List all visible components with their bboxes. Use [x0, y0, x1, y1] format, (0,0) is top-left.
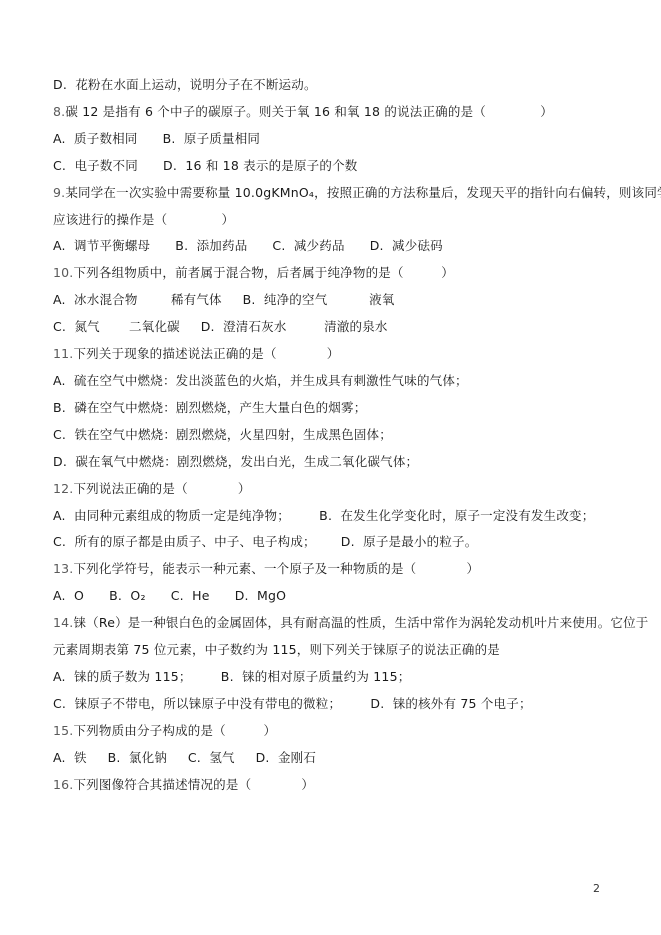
text-line: 12.下列说法正确的是（ ） — [53, 476, 618, 503]
page-number: 2 — [593, 882, 600, 896]
question-text: 碳 12 是指有 6 个中子的碳原子。则关于氧 16 和氧 18 的说法正确的是… — [65, 104, 553, 119]
question-text: 下列物质由分子构成的是（ ） — [73, 723, 276, 738]
text-line: A. 调节平衡螺母 B. 添加药品 C. 减少药品 D. 减少砝码 — [53, 233, 618, 260]
question-10: 10.下列各组物质中，前者属于混合物，后者属于纯净物的是（ ）A. 冰水混合物 … — [53, 260, 618, 341]
text-line: A. O B. O₂ C. He D. MgO — [53, 583, 618, 610]
text-line: 14.铼（Re）是一种银白色的金属固体，具有耐高温的性质，生活中常作为涡轮发动机… — [53, 610, 618, 637]
question-7-option-d: D. 花粉在水面上运动，说明分子在不断运动。 — [53, 72, 618, 99]
text-line: 13.下列化学符号，能表示一种元素、一个原子及一种物质的是（ ） — [53, 556, 618, 583]
text-line: 11.下列关于现象的描述说法正确的是（ ） — [53, 341, 618, 368]
question-text: 下列关于现象的描述说法正确的是（ ） — [73, 346, 339, 361]
question-8: 8.碳 12 是指有 6 个中子的碳原子。则关于氧 16 和氧 18 的说法正确… — [53, 99, 618, 180]
text-line: 8.碳 12 是指有 6 个中子的碳原子。则关于氧 16 和氧 18 的说法正确… — [53, 99, 618, 126]
exam-content: D. 花粉在水面上运动，说明分子在不断运动。8.碳 12 是指有 6 个中子的碳… — [53, 72, 618, 798]
text-line: A. 硫在空气中燃烧：发出淡蓝色的火焰，并生成具有刺激性气味的气体； — [53, 368, 618, 395]
text-line: C. 所有的原子都是由质子、中子、电子构成； D. 原子是最小的粒子。 — [53, 529, 618, 556]
text-line: 应该进行的操作是（ ） — [53, 207, 618, 234]
question-text: 铼（Re）是一种银白色的金属固体，具有耐高温的性质，生活中常作为涡轮发动机叶片来… — [73, 615, 648, 630]
text-line: C. 氮气 二氧化碳 D. 澄清石灰水 清澈的泉水 — [53, 314, 618, 341]
text-line: A. 铁 B. 氯化钠 C. 氢气 D. 金刚石 — [53, 745, 618, 772]
question-number: 8. — [53, 104, 65, 119]
question-number: 14. — [53, 615, 73, 630]
question-14: 14.铼（Re）是一种银白色的金属固体，具有耐高温的性质，生活中常作为涡轮发动机… — [53, 610, 618, 718]
text-line: D. 碳在氧气中燃烧：剧烈燃烧，发出白光，生成二氧化碳气体； — [53, 449, 618, 476]
question-text: 下列说法正确的是（ ） — [73, 481, 250, 496]
question-9: 9.某同学在一次实验中需要称量 10.0gKMnO₄，按照正确的方法称量后，发现… — [53, 180, 618, 261]
text-line: A. 质子数相同 B. 原子质量相同 — [53, 126, 618, 153]
text-line: 10.下列各组物质中，前者属于混合物，后者属于纯净物的是（ ） — [53, 260, 618, 287]
question-15: 15.下列物质由分子构成的是（ ）A. 铁 B. 氯化钠 C. 氢气 D. 金刚… — [53, 718, 618, 772]
question-13: 13.下列化学符号，能表示一种元素、一个原子及一种物质的是（ ）A. O B. … — [53, 556, 618, 610]
question-16: 16.下列图像符合其描述情况的是（ ） — [53, 772, 618, 799]
question-number: 10. — [53, 265, 73, 280]
question-number: 13. — [53, 561, 73, 576]
text-line: A. 铼的质子数为 115； B. 铼的相对原子质量约为 115； — [53, 664, 618, 691]
question-text: 某同学在一次实验中需要称量 10.0gKMnO₄，按照正确的方法称量后，发现天平… — [65, 185, 661, 200]
text-line: 元素周期表第 75 位元素，中子数约为 115，则下列关于铼原子的说法正确的是 — [53, 637, 618, 664]
text-line: D. 花粉在水面上运动，说明分子在不断运动。 — [53, 72, 618, 99]
text-line: A. 由同种元素组成的物质一定是纯净物； B. 在发生化学变化时，原子一定没有发… — [53, 503, 618, 530]
document-page: D. 花粉在水面上运动，说明分子在不断运动。8.碳 12 是指有 6 个中子的碳… — [0, 0, 661, 935]
text-line: 9.某同学在一次实验中需要称量 10.0gKMnO₄，按照正确的方法称量后，发现… — [53, 180, 618, 207]
question-11: 11.下列关于现象的描述说法正确的是（ ）A. 硫在空气中燃烧：发出淡蓝色的火焰… — [53, 341, 618, 476]
text-line: B. 磷在空气中燃烧：剧烈燃烧，产生大量白色的烟雾； — [53, 395, 618, 422]
question-text: 下列各组物质中，前者属于混合物，后者属于纯净物的是（ ） — [73, 265, 453, 280]
text-line: A. 冰水混合物 稀有气体 B. 纯净的空气 液氧 — [53, 287, 618, 314]
text-line: C. 电子数不同 D. 16 和 18 表示的是原子的个数 — [53, 153, 618, 180]
question-number: 12. — [53, 481, 73, 496]
question-number: 15. — [53, 723, 73, 738]
text-line: C. 铼原子不带电，所以铼原子中没有带电的微粒； D. 铼的核外有 75 个电子… — [53, 691, 618, 718]
question-text: 下列图像符合其描述情况的是（ ） — [73, 777, 314, 792]
question-12: 12.下列说法正确的是（ ）A. 由同种元素组成的物质一定是纯净物； B. 在发… — [53, 476, 618, 557]
question-number: 16. — [53, 777, 73, 792]
question-number: 9. — [53, 185, 65, 200]
text-line: C. 铁在空气中燃烧：剧烈燃烧，火星四射，生成黑色固体； — [53, 422, 618, 449]
text-line: 15.下列物质由分子构成的是（ ） — [53, 718, 618, 745]
question-number: 11. — [53, 346, 73, 361]
text-line: 16.下列图像符合其描述情况的是（ ） — [53, 772, 618, 799]
question-text: 下列化学符号，能表示一种元素、一个原子及一种物质的是（ ） — [73, 561, 479, 576]
